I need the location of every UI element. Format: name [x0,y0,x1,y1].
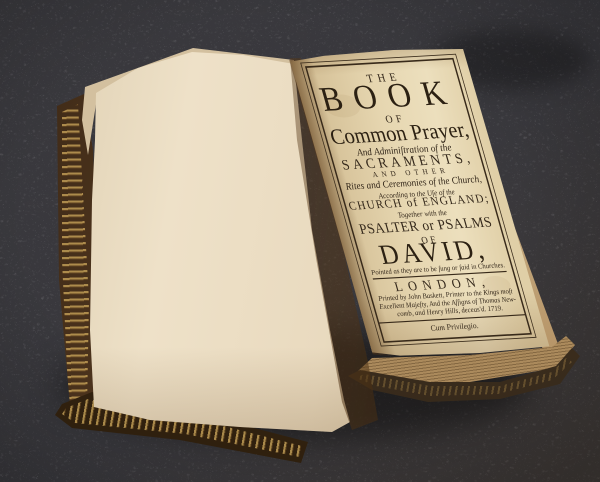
title-page: THE BOOK OF Common Prayer, And Adminiſtr… [0,0,600,482]
title-line-book: BOOK [316,74,462,119]
photo-scene: THE BOOK OF Common Prayer, And Adminiſtr… [0,0,600,482]
